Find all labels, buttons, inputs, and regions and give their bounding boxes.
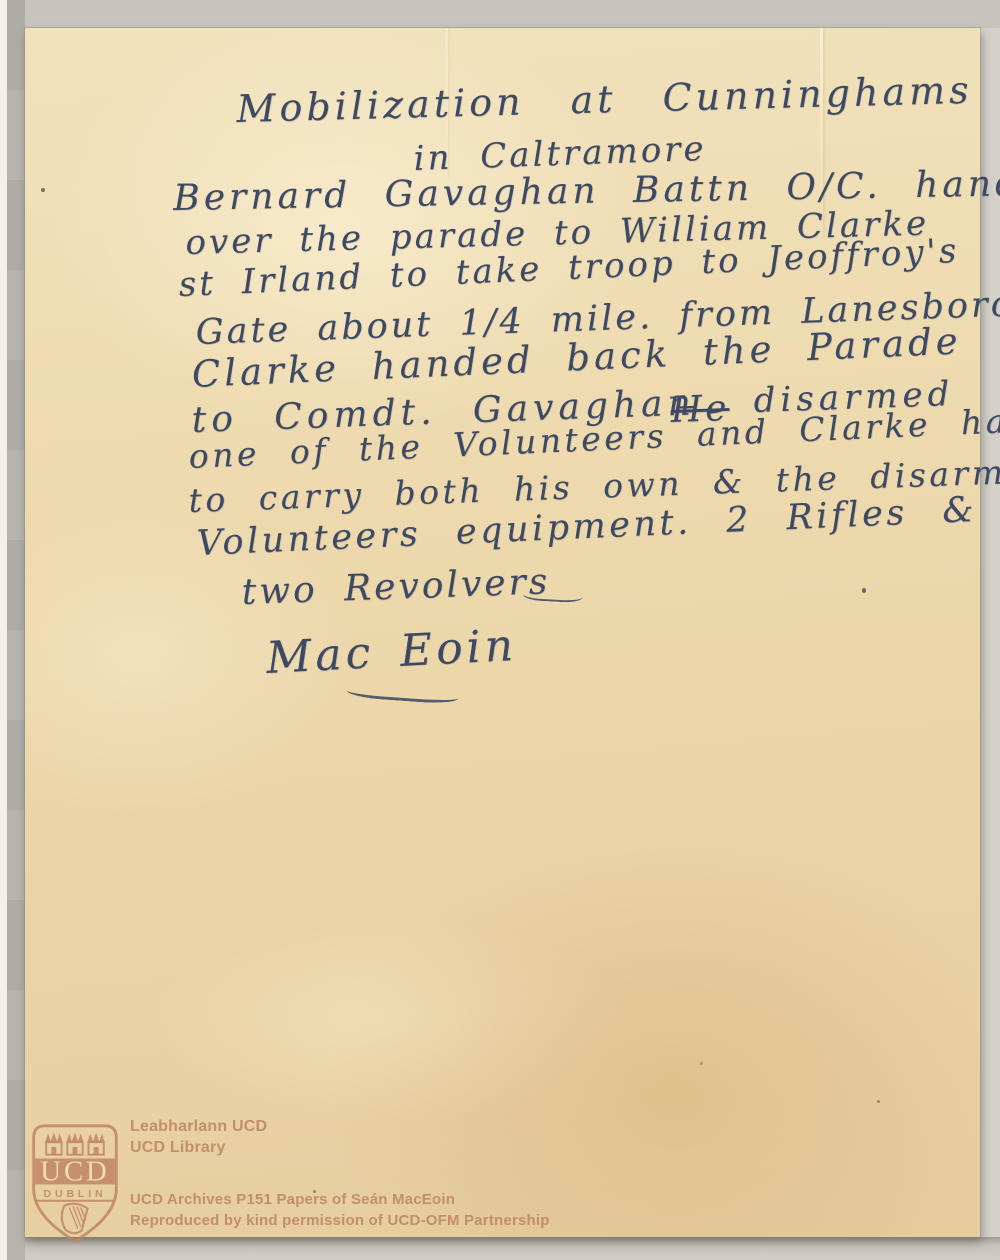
paper-speck xyxy=(700,1062,703,1065)
crest-ucd-text: UCD xyxy=(40,1156,109,1188)
paper-speck xyxy=(41,188,45,192)
watermark-credit-line1: UCD Archives P151 Papers of Seán MacEoin xyxy=(130,1190,455,1210)
scanner-top-background xyxy=(25,0,1000,28)
paper-speck xyxy=(877,1100,880,1103)
watermark-credit-line2: Reproduced by kind permission of UCD-OFM… xyxy=(130,1211,550,1231)
ink-speck xyxy=(862,588,866,593)
castle-towers-icon xyxy=(45,1133,105,1155)
handwriting-line: Mobilization at Cunninghams xyxy=(236,69,973,132)
scanner-left-border xyxy=(7,0,25,1260)
crest-dublin-text: DUBLIN xyxy=(44,1188,107,1200)
watermark-library-irish: Leabharlann UCD xyxy=(130,1117,267,1138)
scanner-bottom-background xyxy=(25,1237,1000,1260)
handwriting-line: two Revolvers xyxy=(241,561,551,613)
signature-underline xyxy=(346,684,459,705)
scanned-document-image: { "manuscript": { "lines": [ {"text": "M… xyxy=(0,0,1000,1260)
ucd-crest-logo: UCD DUBLIN xyxy=(27,1120,123,1245)
watermark-library-english: UCD Library xyxy=(130,1138,226,1159)
harp-icon xyxy=(62,1204,88,1233)
signature: Mac Eoin xyxy=(265,621,518,685)
scanner-edge-strip xyxy=(0,0,7,1260)
document-page: Mobilization at Cunninghams in Caltramor… xyxy=(25,28,980,1237)
